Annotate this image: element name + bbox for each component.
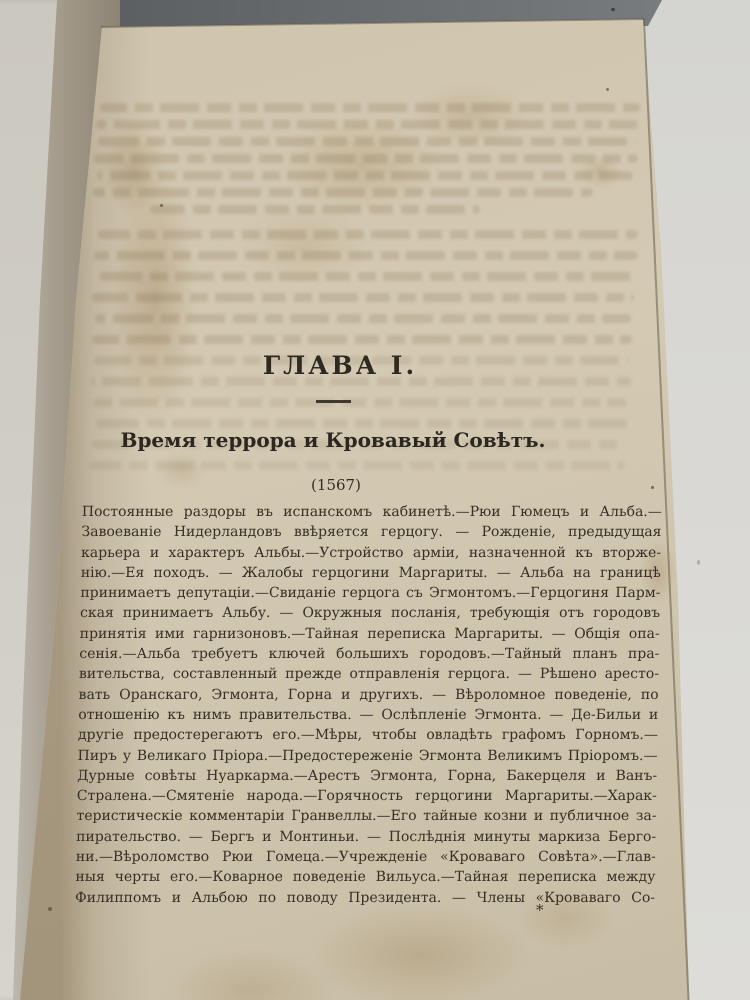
synopsis-line: ныя черты его.—Коварное поведеніе Вильус… <box>75 867 655 887</box>
synopsis-line: вать Оранскаго, Эгмонта, Горна и другихъ… <box>78 685 658 705</box>
synopsis-line: Филиппомъ и Альбою по поводу Президента.… <box>75 888 655 908</box>
blemish-speck <box>611 8 615 11</box>
synopsis-line: другіе предостерегаютъ его.—Мѣры, чтобы … <box>78 725 658 745</box>
blemish-speck <box>48 907 52 911</box>
signature-asterisk: * <box>536 901 544 919</box>
synopsis-line: Постоянные раздоры въ испанскомъ кабинет… <box>82 502 662 522</box>
synopsis-line: ская принимаетъ Альбу. — Окружныя послан… <box>80 603 660 623</box>
synopsis-line: отношенію къ нимъ правительства. — Ослѣп… <box>78 705 658 725</box>
synopsis-line: теристическіе комментаріи Гранвеллы.—Его… <box>76 806 656 826</box>
synopsis-line: ни.—Вѣроломство Рюи Гомеца.—Учрежденіе «… <box>76 847 656 867</box>
synopsis-line: карьера и характеръ Альбы.—Устройство ар… <box>81 543 661 563</box>
blemish-speck <box>606 88 609 91</box>
synopsis-line: Стралена.—Смятеніе народа.—Горячность ге… <box>77 786 657 806</box>
synopsis-line: Пиръ у Великаго Пріора.—Предостереженіе … <box>77 746 657 766</box>
synopsis-line: пирательство. — Бергъ и Монтиньи. — Посл… <box>76 827 656 847</box>
blemish-speck <box>160 204 163 207</box>
synopsis-line: нію.—Ея походъ. — Жалобы герцогини Марга… <box>81 563 661 583</box>
synopsis-line: принимаетъ депутаціи.—Свиданіе герцога с… <box>80 583 660 603</box>
synopsis-line: Дурные совѣты Нуаркарма.—Арестъ Эгмонта,… <box>77 766 657 786</box>
synopsis-line: принятія ими гарнизоновъ.—Тайная перепис… <box>80 624 660 644</box>
chapter-year: (1567) <box>236 476 436 494</box>
chapter-title: Время террора и Кровавый Совѣтъ. <box>103 428 563 452</box>
chapter-synopsis: Постоянные раздоры въ испанскомъ кабинет… <box>75 502 662 908</box>
blemish-speck <box>523 656 526 659</box>
synopsis-line: вительства, составленный прежде отправле… <box>79 664 659 684</box>
blemish-speck <box>697 560 700 565</box>
printed-content: ГЛАВА I. Время террора и Кровавый Совѣтъ… <box>0 0 750 1000</box>
book-photo: ГЛАВА I. Время террора и Кровавый Совѣтъ… <box>0 0 750 1000</box>
synopsis-line: Завоеваніе Нидерландовъ ввѣряется герцог… <box>81 522 661 542</box>
heading-divider-rule <box>316 400 351 403</box>
chapter-heading: ГЛАВА I. <box>240 351 440 380</box>
synopsis-line: сенія.—Альба требуетъ ключей большихъ го… <box>79 644 659 664</box>
blemish-speck <box>651 486 654 489</box>
